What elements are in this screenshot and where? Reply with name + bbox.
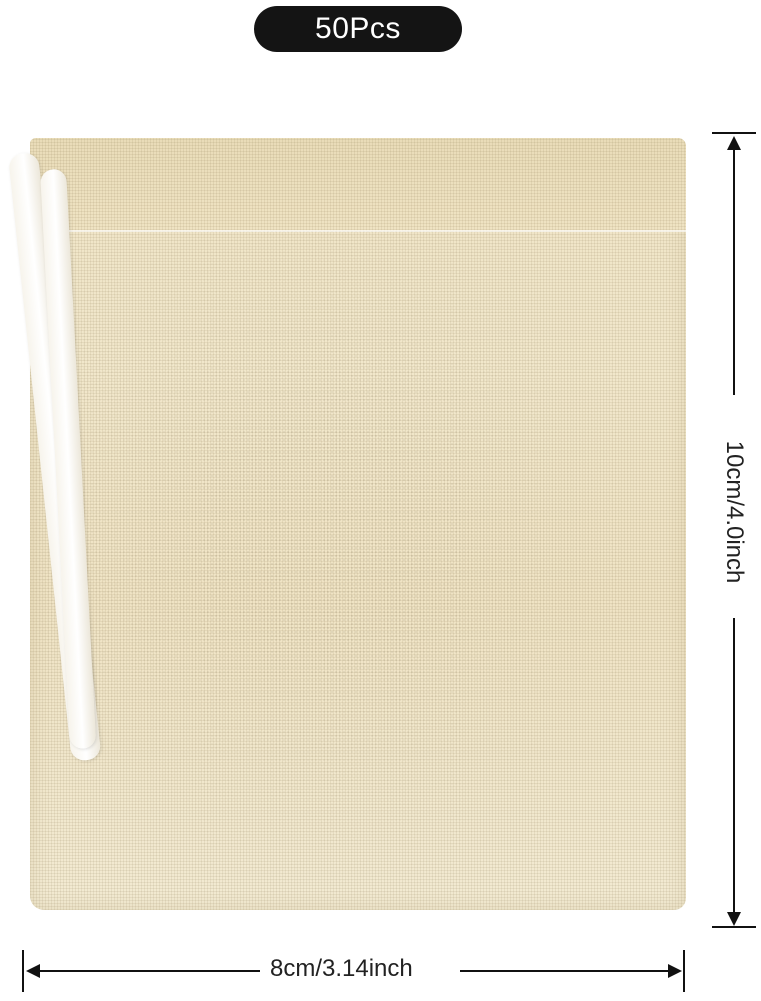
arrow-right-icon [668, 964, 682, 978]
product-image-muslin-bag [30, 138, 686, 910]
height-dimension-top-cap [712, 132, 756, 134]
height-dimension-label: 10cm/4.0inch [720, 441, 748, 584]
quantity-badge: 50Pcs [254, 6, 462, 52]
arrow-down-icon [727, 912, 741, 926]
height-dimension-line [733, 140, 735, 395]
height-dimension-bottom-cap [712, 926, 756, 928]
bag-drawstring-hem [30, 138, 686, 232]
width-dimension-right-tick [683, 950, 685, 992]
width-dimension-line [460, 970, 672, 972]
width-dimension-label: 8cm/3.14inch [270, 955, 413, 983]
height-dimension-line [733, 618, 735, 918]
width-dimension-left-tick [22, 950, 24, 992]
width-dimension-line [36, 970, 260, 972]
bag-fabric-texture [30, 230, 686, 910]
